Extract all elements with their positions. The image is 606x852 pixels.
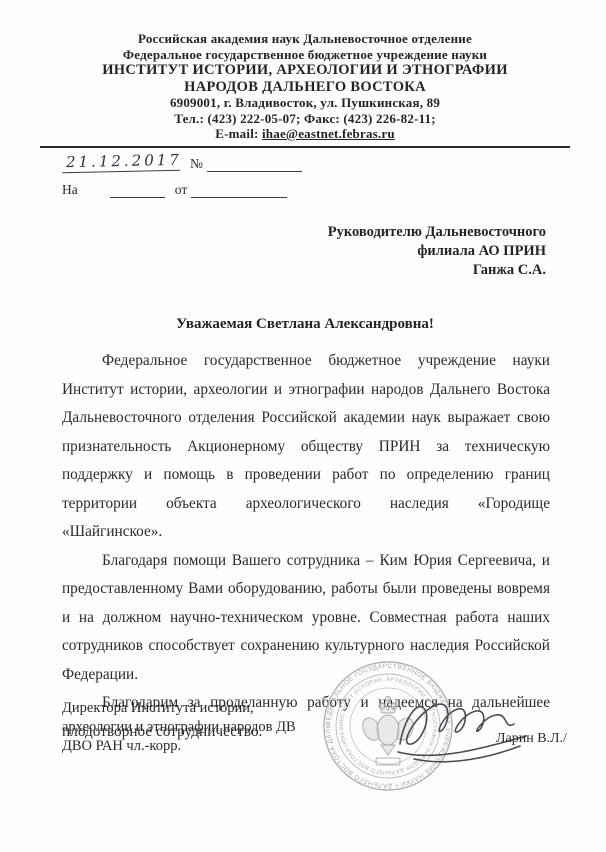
na-label: На xyxy=(62,182,78,198)
number-blank-line xyxy=(207,156,302,172)
reference-row-date-number: 21.12.2017 № xyxy=(62,146,362,172)
signatory-position-line2: археологии и этнографии народов ДВ xyxy=(62,718,327,737)
signatory-position-line1: Директора Института истории, xyxy=(62,699,327,718)
reference-block: 21.12.2017 № На от xyxy=(62,146,362,198)
signatory-position: Директора Института истории, археологии … xyxy=(62,699,327,756)
body-paragraph-1: Федеральное государственное бюджетное уч… xyxy=(62,347,550,547)
letterhead-address: 6909001, г. Владивосток, ул. Пушкинская,… xyxy=(40,95,570,111)
ot-blank-line xyxy=(191,182,287,198)
recipient-block: Руководителю Дальневосточного филиала АО… xyxy=(328,223,546,280)
signatory-position-line3: ДВО РАН чл.-корр. xyxy=(62,737,327,756)
na-blank-line xyxy=(110,182,165,198)
letterhead-phone-fax: Тел.: (423) 222-05-07; Факс: (423) 226-8… xyxy=(40,111,570,127)
reference-row-na-ot: На от xyxy=(62,174,362,198)
salutation: Уважаемая Светлана Александровна! xyxy=(62,316,548,333)
letterhead-email-line: E-mail: ihae@eastnet.febras.ru xyxy=(40,126,570,142)
letterhead: Российская академия наук Дальневосточное… xyxy=(40,31,570,148)
email-address: ihae@eastnet.febras.ru xyxy=(262,126,395,141)
body-paragraph-2: Благодаря помощи Вашего сотрудника – Ким… xyxy=(62,547,550,690)
recipient-title: Руководителю Дальневосточного xyxy=(328,223,546,242)
scanned-letter-page: Российская академия наук Дальневосточное… xyxy=(0,0,606,852)
letterhead-agency-line: Федеральное государственное бюджетное уч… xyxy=(40,47,570,63)
letterhead-institute-name-line1: ИНСТИТУТ ИСТОРИИ, АРХЕОЛОГИИ И ЭТНОГРАФИ… xyxy=(40,62,570,79)
recipient-organization: филиала АО ПРИН xyxy=(328,242,546,261)
letterhead-academy-line: Российская академия наук Дальневосточное… xyxy=(40,31,570,47)
signatory-name: Ларин В.Л./ xyxy=(496,731,567,747)
email-label: E-mail: xyxy=(215,126,258,141)
handwritten-date: 21.12.2017 xyxy=(62,151,180,173)
ot-label: от xyxy=(175,182,187,198)
letterhead-institute-name-line2: НАРОДОВ ДАЛЬНЕГО ВОСТОКА xyxy=(40,79,570,96)
number-sign-label: № xyxy=(190,156,203,172)
recipient-name: Ганжа С.А. xyxy=(328,261,546,280)
